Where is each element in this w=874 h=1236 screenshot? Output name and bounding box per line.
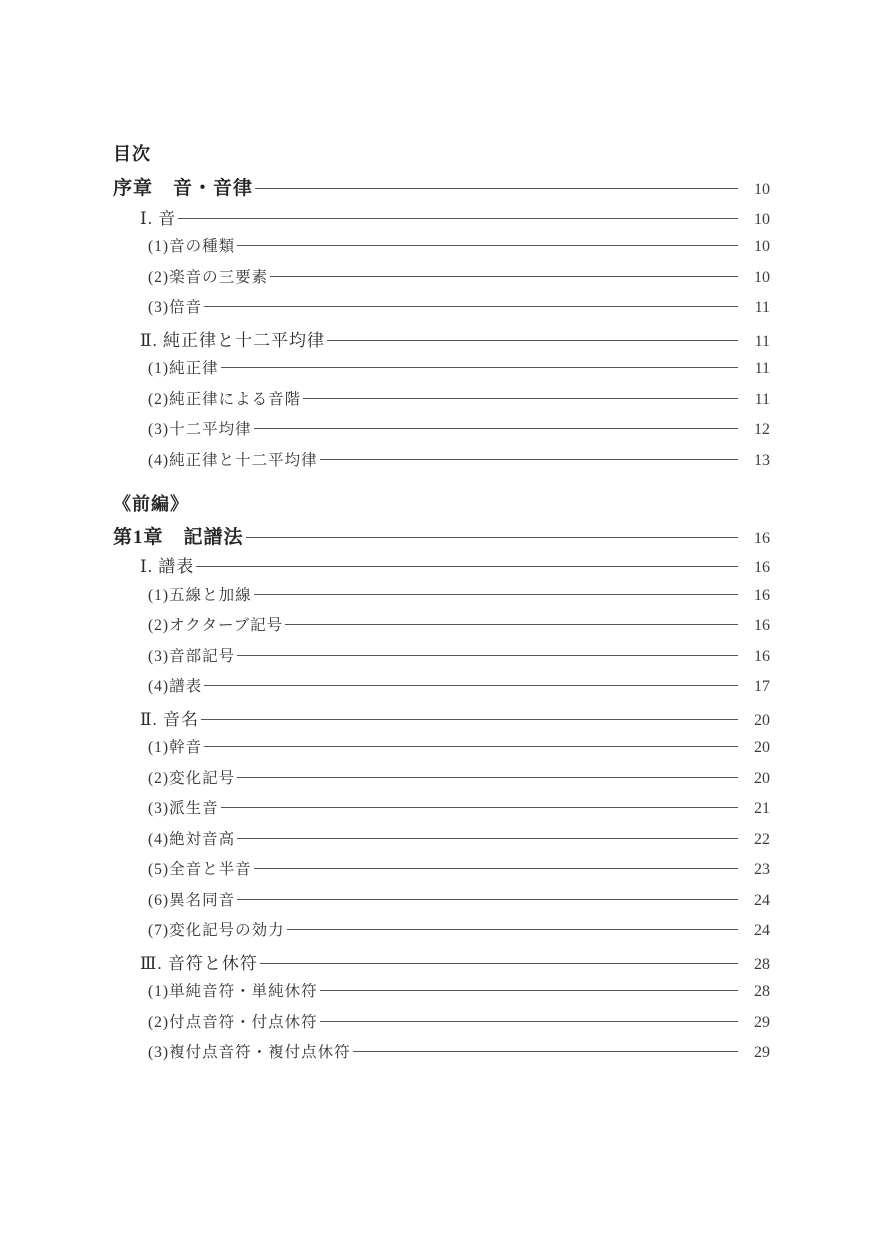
toc-leader-line [320,1021,738,1022]
toc-entry-label: (3)十二平均律 [148,417,252,439]
toc-leader-line [320,990,738,991]
toc-entry: (2)オクターブ記号 16 [113,613,770,644]
toc-leader-line [287,929,738,930]
toc-entry-label: (3)倍音 [148,295,202,317]
toc-page-number: 11 [744,299,770,317]
toc-page-number: 10 [744,269,770,287]
toc-entry-label: (3)音部記号 [148,644,235,666]
toc-leader-line [320,459,738,460]
toc-entry-label: (2)変化記号 [148,766,235,788]
toc-entry-label: (7)変化記号の効力 [148,918,285,940]
toc-page-number: 10 [744,211,770,229]
toc-leader-line [237,777,738,778]
toc-entry-label: (2)オクターブ記号 [148,613,283,635]
toc-entry-label: (4)譜表 [148,674,202,696]
toc-entry-label: (3)派生音 [148,796,219,818]
toc-leader-line [204,746,738,747]
toc-entry: (1)単純音符・単純休符 28 [113,979,770,1010]
toc-entry: (5)全音と半音 23 [113,857,770,888]
toc-leader-line [255,188,738,189]
toc-entry: (1)純正律 11 [113,356,770,387]
toc-part-label: 《前編》 [113,488,770,519]
toc-page-number: 10 [744,181,770,199]
toc-page-number: 16 [744,530,770,548]
toc-entry: (2)楽音の三要素 10 [113,265,770,296]
toc-entry-label: (1)五線と加線 [148,583,252,605]
toc-entry-label: (2)楽音の三要素 [148,265,268,287]
toc-page-number: 11 [744,391,770,409]
toc-entry: (3)倍音 11 [113,295,770,326]
toc-entry-label: (4)絶対音高 [148,827,235,849]
toc-entry: (7)変化記号の効力 24 [113,918,770,949]
toc-entry-label: 序章 音・音律 [113,173,253,200]
toc-leader-line [270,276,738,277]
toc-entry: (3)複付点音符・複付点休符 29 [113,1040,770,1071]
toc-page-number: 20 [744,739,770,757]
toc-entry: (2)変化記号 20 [113,766,770,797]
toc-entry-label: (2)付点音符・付点休符 [148,1010,318,1032]
toc-page-number: 24 [744,892,770,910]
toc-entry-label: (1)音の種類 [148,234,235,256]
toc-page-number: 12 [744,421,770,439]
toc-page-number: 23 [744,861,770,879]
toc-leader-line [246,537,738,538]
toc-entry-label: Ⅱ. 音名 [140,705,199,730]
toc-leader-line [204,685,738,686]
toc-entry: Ⅰ. 譜表 16 [113,552,770,583]
toc-page-number: 28 [744,983,770,1001]
toc-entry: Ⅰ. 音 10 [113,204,770,235]
toc-page-number: 20 [744,712,770,730]
toc-entry-label: Ⅰ. 音 [140,204,176,229]
toc-leader-line [178,218,738,219]
toc-entry: 第1章 記譜法 16 [113,522,770,553]
toc-entry: Ⅱ. 音名 20 [113,705,770,736]
toc-entry-label: Ⅰ. 譜表 [140,552,194,577]
toc-leader-line [196,566,738,567]
toc-entry: (2)付点音符・付点休符 29 [113,1010,770,1041]
toc-page-number: 29 [744,1044,770,1062]
toc-page-number: 10 [744,238,770,256]
toc-entry: (4)絶対音高 22 [113,827,770,858]
toc-leader-line [254,594,738,595]
toc-entry: (4)譜表 17 [113,674,770,705]
toc-page-number: 13 [744,452,770,470]
toc-page-number: 24 [744,922,770,940]
toc-page-number: 21 [744,800,770,818]
toc-page-number: 16 [744,617,770,635]
toc-page-number: 17 [744,678,770,696]
toc-entry: (4)純正律と十二平均律 13 [113,448,770,479]
toc-page-number: 11 [744,360,770,378]
toc-page-number: 22 [744,831,770,849]
toc-entry-label: (6)異名同音 [148,888,235,910]
toc-entry-label: (2)純正律による音階 [148,387,301,409]
toc-entry: 序章 音・音律 10 [113,173,770,204]
toc-leader-line [237,245,738,246]
toc-entry-label: (1)純正律 [148,356,219,378]
toc-entry: (6)異名同音 24 [113,888,770,919]
toc-leader-line [254,428,738,429]
toc-entry-label: (1)単純音符・単純休符 [148,979,318,1001]
toc-page-number: 16 [744,648,770,666]
toc-page-number: 28 [744,956,770,974]
toc-entry: Ⅱ. 純正律と十二平均律 11 [113,326,770,357]
toc-page-number: 16 [744,587,770,605]
toc-entry-label: (1)幹音 [148,735,202,757]
toc-leader-line [237,655,738,656]
toc-page-number: 16 [744,559,770,577]
toc-entry: (3)派生音 21 [113,796,770,827]
toc-leader-line [221,367,738,368]
toc-entry: (1)五線と加線 16 [113,583,770,614]
toc-leader-line [353,1051,738,1052]
toc-entry-label: 第1章 記譜法 [113,522,244,549]
toc-leader-line [201,719,738,720]
toc-leader-line [204,306,738,307]
toc-page-number: 11 [744,333,770,351]
scanned-book-page: 目次 序章 音・音律 10 Ⅰ. 音 10 (1)音の種類 10 (2)楽音の三… [0,0,874,1236]
toc-entry-label: Ⅱ. 純正律と十二平均律 [140,326,325,351]
toc-entry: Ⅲ. 音符と休符 28 [113,949,770,980]
toc-part-label-text: 《前編》 [113,490,189,516]
toc-leader-line [237,899,738,900]
toc-page-number: 20 [744,770,770,788]
toc-entry-label: (5)全音と半音 [148,857,252,879]
toc-leader-line [237,838,738,839]
toc-leader-line [327,340,738,341]
toc-entry: (3)音部記号 16 [113,644,770,675]
toc-leader-line [260,963,738,964]
toc-leader-line [221,807,738,808]
toc-entry-label: Ⅲ. 音符と休符 [140,949,258,974]
toc-leader-line [254,868,738,869]
toc-entry-label: (4)純正律と十二平均律 [148,448,318,470]
toc-entry: (1)幹音 20 [113,735,770,766]
toc-entry-label: (3)複付点音符・複付点休符 [148,1040,351,1062]
toc-entry: (2)純正律による音階 11 [113,387,770,418]
toc-page-number: 29 [744,1014,770,1032]
toc-entry: (3)十二平均律 12 [113,417,770,448]
toc-entry: (1)音の種類 10 [113,234,770,265]
toc-leader-line [303,398,738,399]
toc-leader-line [285,624,738,625]
toc-heading: 目次 [113,141,770,167]
